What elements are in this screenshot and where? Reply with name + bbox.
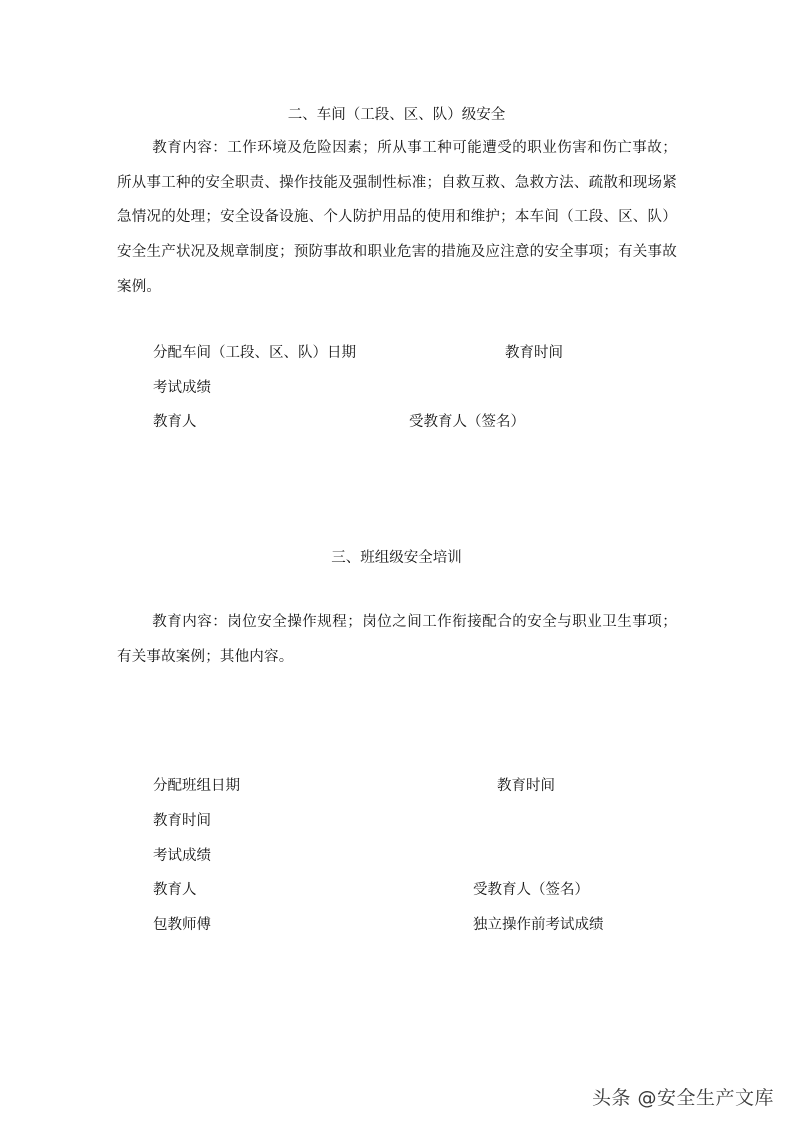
team-edu-time-label-right: 教育时间 xyxy=(497,776,555,796)
team-educator-label: 教育人 xyxy=(153,880,197,900)
section-2-content-text: 教育内容：工作环境及危险因素；所从事工种可能遭受的职业伤害和伤亡事故；所从事工种… xyxy=(117,140,677,295)
team-edu-time-label: 教育时间 xyxy=(153,811,211,831)
watermark: 头条 @安全生产文库 xyxy=(592,1083,774,1110)
workshop-exam-score-label: 考试成绩 xyxy=(153,378,211,398)
workshop-educator-label: 教育人 xyxy=(153,412,197,432)
workshop-assign-date-label: 分配车间（工段、区、队）日期 xyxy=(153,343,356,363)
section-3-title: 三、班组级安全培训 xyxy=(0,548,793,568)
team-exam-score-label: 考试成绩 xyxy=(153,846,211,866)
workshop-trainee-sign-label: 受教育人（签名） xyxy=(409,412,525,432)
workshop-edu-time-label: 教育时间 xyxy=(505,343,563,363)
section-2-content: 教育内容：工作环境及危险因素；所从事工种可能遭受的职业伤害和伤亡事故；所从事工种… xyxy=(117,131,677,305)
section-3-content: 教育内容：岗位安全操作规程；岗位之间工作衔接配合的安全与职业卫生事项；有关事故案… xyxy=(117,605,677,674)
section-3-content-text: 教育内容：岗位安全操作规程；岗位之间工作衔接配合的安全与职业卫生事项；有关事故案… xyxy=(117,614,677,665)
team-trainee-sign-label: 受教育人（签名） xyxy=(473,880,589,900)
section-2-title: 二、车间（工段、区、队）级安全 xyxy=(0,105,793,125)
team-assign-date-label: 分配班组日期 xyxy=(153,776,240,796)
team-pre-independent-exam-label: 独立操作前考试成绩 xyxy=(473,915,604,935)
team-mentor-label: 包教师傅 xyxy=(153,915,211,935)
